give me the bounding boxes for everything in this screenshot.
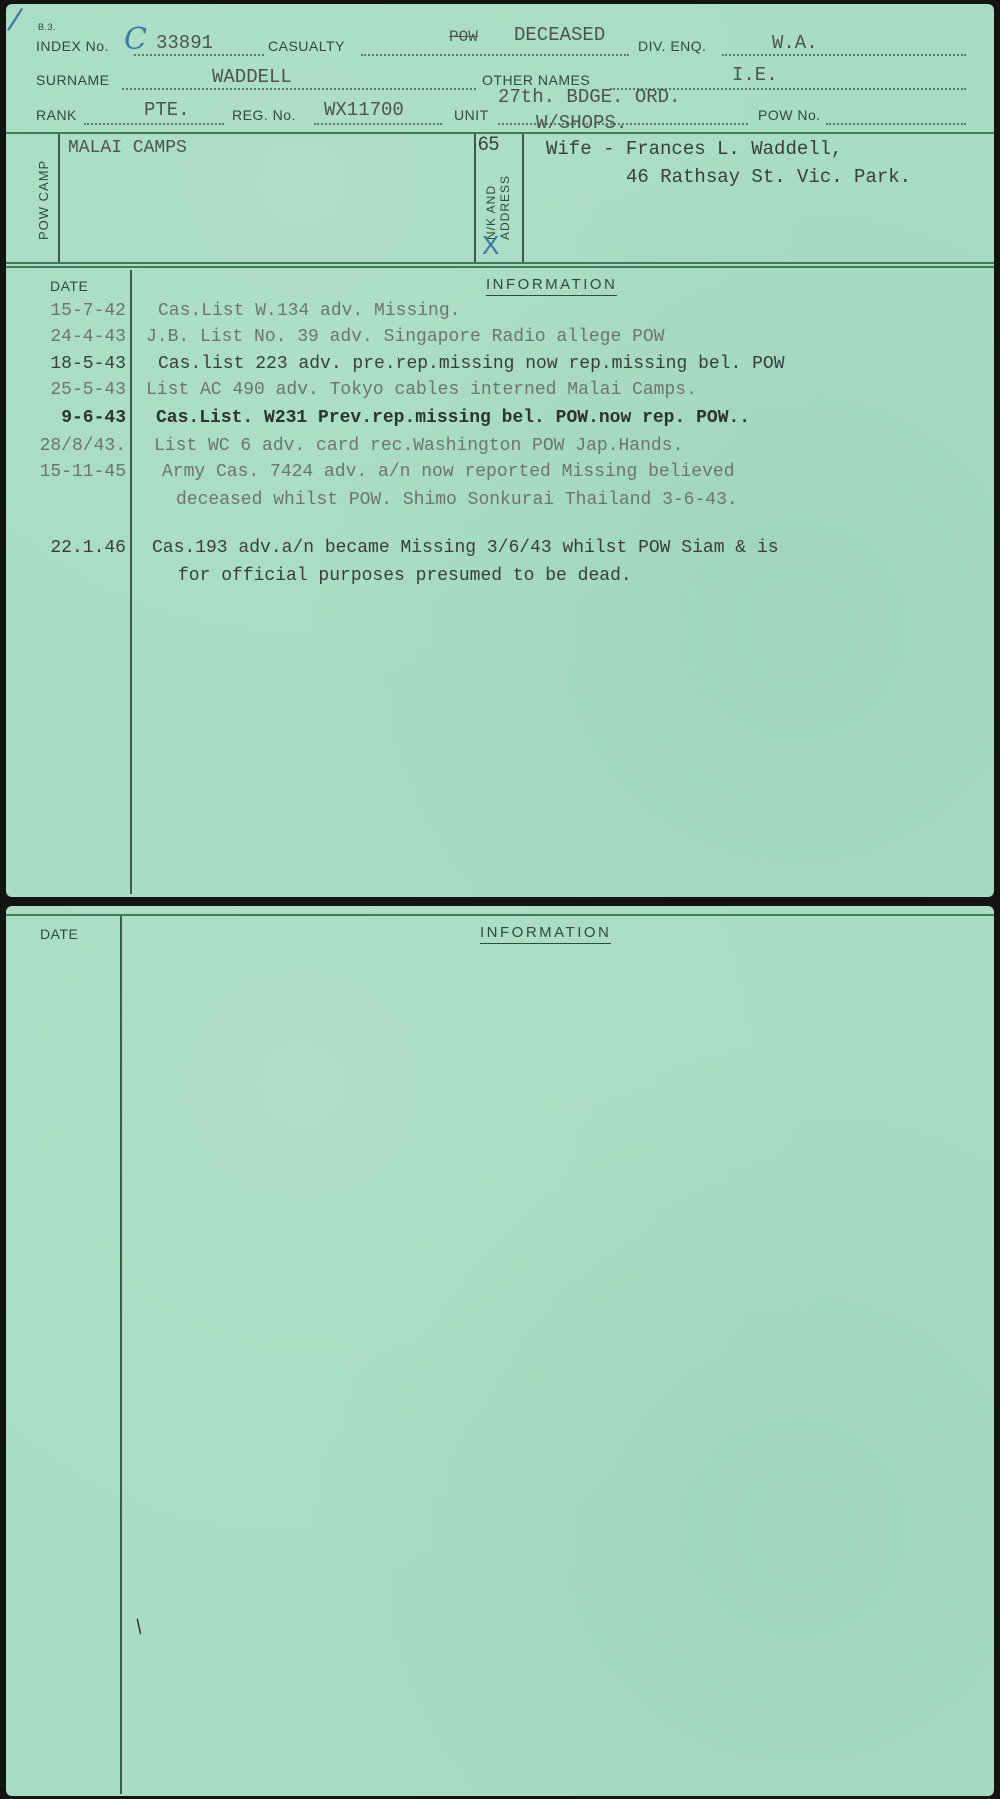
pow-camp-label: POW CAMP <box>36 160 51 240</box>
entry-text: List AC 490 adv. Tokyo cables interned M… <box>146 380 697 400</box>
date-header: DATE <box>50 278 88 294</box>
entry-date: 18-5-43 <box>50 354 126 374</box>
nk-address-line1: Wife - Frances L. Waddell, <box>546 138 842 160</box>
casualty-label: CASUALTY <box>268 38 345 54</box>
entry-date: 9-6-43 <box>61 408 126 428</box>
entry-date: 28/8/43. <box>40 436 126 456</box>
index-prefix-handwritten: C <box>124 22 147 57</box>
date-column-divider <box>130 270 132 894</box>
entry-text: Cas.list 223 adv. pre.rep.missing now re… <box>158 354 785 374</box>
surname-label: SURNAME <box>36 72 110 88</box>
rank-label: RANK <box>36 107 77 123</box>
entry-text: List WC 6 adv. card rec.Washington POW J… <box>154 436 683 456</box>
casualty-dotline <box>361 54 629 56</box>
entry-date: 25-5-43 <box>50 380 126 400</box>
index-value: 33891 <box>156 32 213 54</box>
nk-checkmark: X <box>482 230 499 261</box>
rank-value: PTE. <box>144 99 190 121</box>
back-information-header: INFORMATION <box>480 924 611 944</box>
unit-value-line1: 27th. BDGE. ORD. <box>498 86 680 108</box>
entry-text: Cas.List W.134 adv. Missing. <box>158 301 460 321</box>
rank-dotline <box>84 123 224 125</box>
form-code: B.3. <box>38 22 56 32</box>
nk-label-line2: ADDRESS <box>498 175 512 240</box>
reg-no-label: REG. No. <box>232 107 296 123</box>
nk-address-line2: 46 Rathsay St. Vic. Park. <box>626 166 911 188</box>
unit-label: UNIT <box>454 107 489 123</box>
pow-camp-value: MALAI CAMPS <box>68 138 187 158</box>
entry-date: 24-4-43 <box>50 327 126 347</box>
information-header: INFORMATION <box>486 276 617 296</box>
surname-dotline <box>122 88 476 90</box>
header-divider <box>6 132 994 134</box>
back-date-column-divider <box>120 916 122 1794</box>
entry-text: deceased whilst POW. Shimo Sonkurai Thai… <box>176 490 738 510</box>
entry-text: J.B. List No. 39 adv. Singapore Radio al… <box>146 327 664 347</box>
casualty-value: DECEASED <box>514 24 605 46</box>
entry-text: for official purposes presumed to be dea… <box>178 566 632 586</box>
entry-date: 15-7-42 <box>50 301 126 321</box>
div-enq-value: W.A. <box>772 32 818 54</box>
back-pen-tick: / <box>131 1616 147 1637</box>
pow-camp-divider <box>58 134 60 262</box>
div-enq-label: DIV. ENQ. <box>638 38 707 54</box>
entry-date: 15-11-45 <box>40 462 126 482</box>
record-card-front: / B.3. INDEX No. C 33891 CASUALTY POW DE… <box>6 4 994 897</box>
nk-code: 65 <box>478 134 499 156</box>
unit-value-line2: W/SHOPS. <box>536 112 627 134</box>
nk-right-divider <box>522 134 524 262</box>
pow-no-label: POW No. <box>758 107 821 123</box>
casualty-struck: POW <box>449 28 478 46</box>
reg-no-value: WX11700 <box>324 99 404 121</box>
index-label: INDEX No. <box>36 38 109 54</box>
pen-mark-corner: / <box>6 1 25 37</box>
record-card-back: DATE INFORMATION / <box>6 906 994 1796</box>
entry-text: Army Cas. 7424 adv. a/n now reported Mis… <box>162 462 735 482</box>
reg-no-dotline <box>314 123 442 125</box>
nk-left-divider <box>474 134 476 262</box>
entry-text: Cas.List. W231 Prev.rep.missing bel. POW… <box>156 408 750 428</box>
other-names-value: I.E. <box>732 64 778 86</box>
section-divider <box>6 262 994 264</box>
back-date-header: DATE <box>40 926 78 942</box>
div-enq-dotline <box>722 54 966 56</box>
back-top-rule <box>6 914 994 916</box>
surname-value: WADDELL <box>212 66 292 88</box>
entry-text: Cas.193 adv.a/n became Missing 3/6/43 wh… <box>152 538 779 558</box>
pow-no-dotline <box>826 123 966 125</box>
entry-date: 22.1.46 <box>50 538 126 558</box>
index-dotline <box>134 54 264 56</box>
